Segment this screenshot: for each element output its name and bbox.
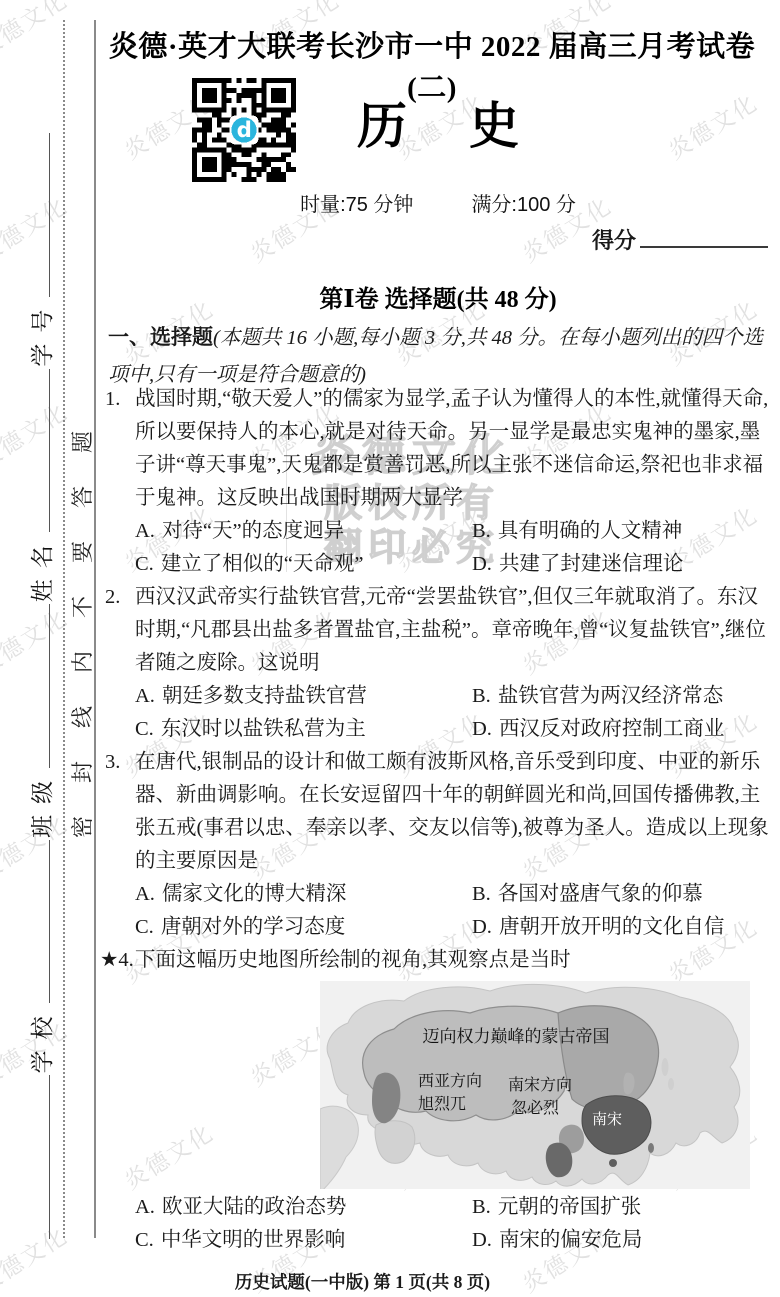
field-student-id: 学号 [24, 297, 57, 369]
section-lead: 一、选择题 [108, 326, 213, 349]
score-blank-line [640, 230, 768, 248]
option-a: A.朝廷多数支持盐铁官营 [135, 680, 472, 713]
option-d: D.南宋的偏安危局 [472, 1224, 776, 1257]
option-d: D.共建了封建迷信理论 [472, 548, 776, 581]
seal-instruction: 密封线内不要答题 [66, 378, 97, 838]
write-in-line [49, 840, 50, 1004]
exam-meta: 时量:75 分钟 满分:100 分 [100, 188, 776, 217]
map-label-west-khan: 旭烈兀 [418, 1095, 466, 1113]
field-class: 班级 [24, 768, 57, 840]
map-label-song: 南宋 [592, 1111, 622, 1128]
option-c: C.唐朝对外的学习态度 [135, 911, 472, 944]
options: A.儒家文化的博大精深 B.各国对盛唐气象的仰慕 C.唐朝对外的学习态度 D.唐… [135, 878, 776, 944]
option-d: D.唐朝开放开明的文化自信 [472, 911, 776, 944]
question-stem: 西汉汉武帝实行盐铁官营,元帝“尝罢盐铁官”,但仅三年就取消了。东汉时期,“凡郡县… [135, 586, 766, 674]
seal-dotted-line [63, 20, 65, 1238]
subject-title: 历史 [100, 86, 776, 158]
question-1: 1. 战国时期,“敬天爱人”的儒家为显学,孟子认为懂得人的本性,就懂得天命,所以… [100, 383, 776, 581]
question-number: 3. [105, 746, 120, 779]
option-c: C.中华文明的世界影响 [135, 1224, 472, 1257]
map-label-south-dir: 南宋方向 [508, 1076, 572, 1094]
option-b: B.具有明确的人文精神 [472, 515, 776, 548]
question-stem: 下面这幅历史地图所绘制的视角,其观察点是当时 [135, 949, 571, 971]
question-3: 3. 在唐代,银制品的设计和做工颇有波斯风格,音乐受到印度、中亚的新乐器、新曲调… [100, 746, 776, 944]
write-in-line [49, 133, 50, 297]
map-hainan [609, 1159, 617, 1167]
map-label-south-khan: 忽必烈 [511, 1099, 560, 1117]
question-number-starred: ★4. [100, 944, 134, 977]
map-japan-south [668, 1078, 674, 1090]
part-title: 第Ⅰ卷 选择题(共 48 分) [100, 279, 776, 314]
option-a: A.欧亚大陆的政治态势 [135, 1191, 472, 1224]
options: A.朝廷多数支持盐铁官营 B.盐铁官营为两汉经济常态 C.东汉时以盐铁私营为主 … [135, 680, 776, 746]
question-list: 1. 战国时期,“敬天爱人”的儒家为显学,孟子认为懂得人的本性,就懂得天命,所以… [100, 383, 776, 1297]
question-stem: 战国时期,“敬天爱人”的儒家为显学,孟子认为懂得人的本性,就懂得天命,所以要保持… [135, 388, 768, 509]
option-b: B.元朝的帝国扩张 [472, 1191, 776, 1224]
question-stem: 在唐代,银制品的设计和做工颇有波斯风格,音乐受到印度、中亚的新乐器、新曲调影响。… [135, 751, 769, 872]
option-b: B.盐铁官营为两汉经济常态 [472, 680, 776, 713]
history-map: 迈向权力巅峰的蒙古帝国 西亚方向 旭烈兀 南宋方向 忽必烈 南宋 [320, 981, 750, 1189]
field-name: 姓名 [24, 532, 57, 604]
option-c: C.东汉时以盐铁私营为主 [135, 713, 472, 746]
write-in-line [49, 604, 50, 768]
map-label-west-dir: 西亚方向 [418, 1072, 482, 1090]
map-label-mongol: 迈向权力巅峰的蒙古帝国 [423, 1026, 610, 1046]
options: A.对待“天”的态度迥异 B.具有明确的人文精神 C.建立了相似的“天命观” D… [135, 515, 776, 581]
option-c: C.建立了相似的“天命观” [135, 548, 472, 581]
score-box: 得分 [592, 224, 768, 255]
question-4: ★4. 下面这幅历史地图所绘制的视角,其观察点是当时 [100, 944, 776, 1257]
write-in-line [49, 369, 50, 533]
option-b: B.各国对盛唐气象的仰慕 [472, 878, 776, 911]
duration-label: 时量:75 分钟 [300, 188, 413, 217]
option-a: A.儒家文化的博大精深 [135, 878, 472, 911]
write-in-line [49, 1075, 50, 1239]
map-japan [662, 1058, 669, 1076]
map-taiwan [648, 1143, 654, 1153]
question-2: 2. 西汉汉武帝实行盐铁官营,元帝“尝罢盐铁官”,但仅三年就取消了。东汉时期,“… [100, 581, 776, 746]
field-school: 学校 [24, 1003, 57, 1075]
question-number: 2. [105, 581, 120, 614]
option-a: A.对待“天”的态度迥异 [135, 515, 472, 548]
full-score-label: 满分:100 分 [471, 188, 575, 217]
option-d: D.西汉反对政府控制工商业 [472, 713, 776, 746]
page-footer: 历史试题(一中版) 第 1 页(共 8 页) [100, 1266, 625, 1297]
score-label: 得分 [592, 228, 636, 253]
options: A.欧亚大陆的政治态势 B.元朝的帝国扩张 C.中华文明的世界影响 D.南宋的偏… [135, 1191, 776, 1257]
exam-page: 炎德文化炎德文化炎德文化炎德文化炎德文化炎德文化炎德文化炎德文化炎德文化炎德文化… [0, 0, 780, 1297]
question-number: 1. [105, 383, 120, 416]
map-mongol-empire-east [558, 1006, 659, 1110]
student-info-fields: 学校 班级 姓名 学号 [24, 133, 57, 1239]
